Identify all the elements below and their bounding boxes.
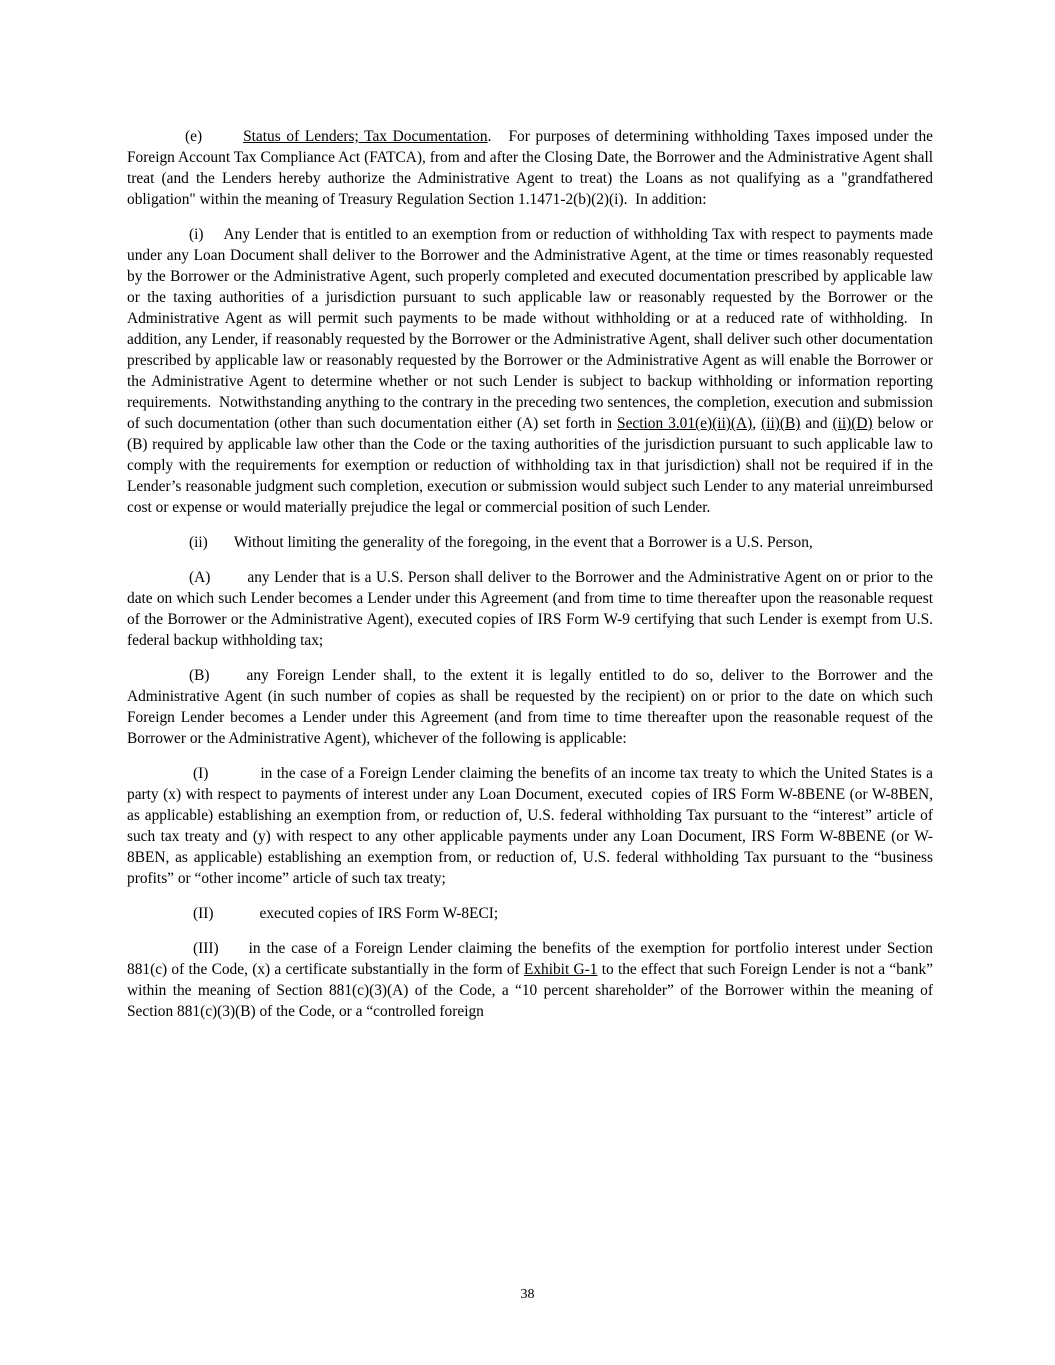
document-body: (e)Status of Lenders; Tax Documentation.…: [127, 126, 933, 1022]
paragraph-ii: (ii)Without limiting the generality of t…: [127, 532, 933, 553]
paragraph-B-label: (B): [189, 667, 210, 684]
text-run: and: [800, 415, 832, 432]
text-run: in the case of a Foreign Lender claiming…: [127, 765, 933, 887]
text-run: executed copies of IRS Form W-8ECI;: [260, 905, 499, 922]
underlined-text: Exhibit G-1: [524, 961, 598, 978]
page-number: 38: [0, 1284, 1055, 1305]
paragraph-e: (e)Status of Lenders; Tax Documentation.…: [127, 126, 933, 210]
paragraph-e-label: (e): [185, 128, 202, 145]
paragraph-II: (II)executed copies of IRS Form W-8ECI;: [127, 903, 933, 924]
paragraph-i: (i)Any Lender that is entitled to an exe…: [127, 224, 933, 518]
paragraph-i-label: (i): [189, 226, 204, 243]
paragraph-ii-text: Without limiting the generality of the f…: [234, 534, 813, 551]
text-run: Any Lender that is entitled to an exempt…: [127, 226, 933, 432]
underlined-text: Status of Lenders; Tax Documentation: [243, 128, 487, 145]
paragraph-II-text: executed copies of IRS Form W-8ECI;: [260, 905, 499, 922]
text-run: any Lender that is a U.S. Person shall d…: [127, 569, 933, 649]
paragraph-ii-label: (ii): [189, 534, 208, 551]
text-run: Without limiting the generality of the f…: [234, 534, 813, 551]
paragraph-i-text: Any Lender that is entitled to an exempt…: [127, 226, 933, 516]
paragraph-III-text: in the case of a Foreign Lender claiming…: [127, 940, 933, 1020]
document-page: (e)Status of Lenders; Tax Documentation.…: [0, 0, 1055, 1365]
paragraph-III-label: (III): [193, 940, 219, 957]
paragraph-I-text: in the case of a Foreign Lender claiming…: [127, 765, 933, 887]
paragraph-I-label: (I): [193, 765, 208, 782]
paragraph-e-text: Status of Lenders; Tax Documentation. Fo…: [127, 128, 933, 208]
underlined-text: Section 3.01(e)(ii)(A): [617, 415, 752, 432]
text-run: ,: [752, 415, 761, 432]
paragraph-A: (A)any Lender that is a U.S. Person shal…: [127, 567, 933, 651]
underlined-text: (ii)(D): [833, 415, 873, 432]
paragraph-A-label: (A): [189, 569, 210, 586]
paragraph-B-text: any Foreign Lender shall, to the extent …: [127, 667, 933, 747]
paragraph-I: (I)in the case of a Foreign Lender claim…: [127, 763, 933, 889]
paragraph-A-text: any Lender that is a U.S. Person shall d…: [127, 569, 933, 649]
underlined-text: (ii)(B): [761, 415, 800, 432]
paragraph-III: (III)in the case of a Foreign Lender cla…: [127, 938, 933, 1022]
paragraph-B: (B)any Foreign Lender shall, to the exte…: [127, 665, 933, 749]
paragraph-II-label: (II): [193, 905, 214, 922]
text-run: any Foreign Lender shall, to the extent …: [127, 667, 933, 747]
